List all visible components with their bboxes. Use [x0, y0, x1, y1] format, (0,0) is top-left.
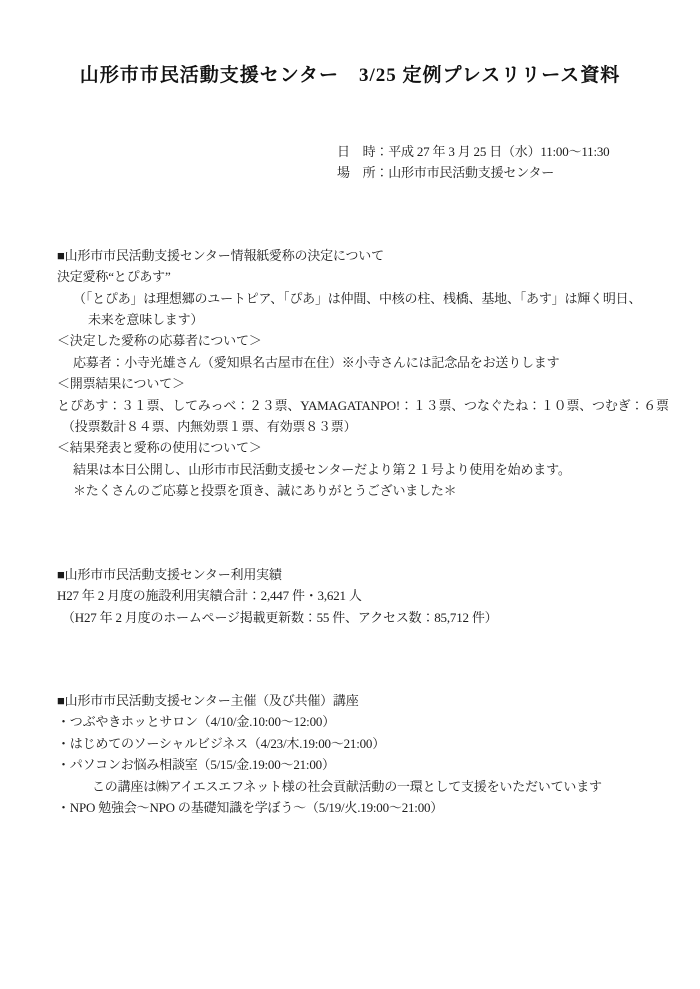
section-nickname-decision: ■山形市市民活動支援センター情報紙愛称の決定について 決定愛称“とぴあす” （「… — [0, 245, 700, 502]
section-usage-stats: ■山形市市民活動支援センター利用実績 H27 年 2 月度の施設利用実績合計：2… — [0, 564, 700, 628]
body-line: 結果は本日公開し、山形市市民活動支援センターだより第２１号より使用を始めます。 — [73, 459, 700, 480]
section-heading: ■山形市市民活動支援センター利用実績 — [57, 564, 700, 585]
body-line: この講座は㈱アイエスエフネット様の社会貢献活動の一環として支援をいただいています — [92, 776, 700, 797]
body-line: ＜開票結果について＞ — [57, 373, 700, 394]
meta-datetime: 日 時：平成 27 年 3 月 25 日（水）11:00～11:30 — [337, 141, 700, 162]
meta-location: 場 所：山形市市民活動支援センター — [337, 162, 700, 183]
body-line: （投票数計８４票、内無効票１票、有効票８３票） — [62, 416, 700, 437]
body-line: ・NPO 勉強会～NPO の基礎知識を学ぼう～（5/19/火.19:00～21:… — [57, 797, 700, 818]
body-line: H27 年 2 月度の施設利用実績合計：2,447 件・3,621 人 — [57, 585, 700, 606]
section-lectures: ■山形市市民活動支援センター主催（及び共催）講座 ・つぶやきホッとサロン（4/1… — [0, 690, 700, 818]
body-line: ・はじめてのソーシャルビジネス（4/23/木.19:00～21:00） — [57, 733, 700, 754]
body-line: 応募者：小寺光雄さん（愛知県名古屋市在住）※小寺さんには記念品をお送りします — [73, 352, 700, 373]
body-line: （「とぴあ」は理想郷のユートピア、「ぴあ」は仲間、中核の柱、桟橋、基地、「あす」… — [73, 288, 700, 309]
body-line: ・つぶやきホッとサロン（4/10/金.10:00～12:00） — [57, 711, 700, 732]
section-heading: ■山形市市民活動支援センター情報紙愛称の決定について — [57, 245, 700, 266]
body-line: 未来を意味します） — [88, 309, 700, 330]
body-line: ・パソコンお悩み相談室（5/15/金.19:00～21:00） — [57, 754, 700, 775]
body-line: ＜結果発表と愛称の使用について＞ — [57, 437, 700, 458]
section-heading: ■山形市市民活動支援センター主催（及び共催）講座 — [57, 690, 700, 711]
body-line: 決定愛称“とぴあす” — [57, 266, 700, 287]
press-release-page: 山形市市民活動支援センター 3/25 定例プレスリリース資料 日 時：平成 27… — [0, 0, 700, 989]
page-title: 山形市市民活動支援センター 3/25 定例プレスリリース資料 — [0, 0, 700, 90]
body-line: ＜決定した愛称の応募者について＞ — [57, 330, 700, 351]
meta-block: 日 時：平成 27 年 3 月 25 日（水）11:00～11:30 場 所：山… — [337, 141, 700, 184]
body-line: ＊たくさんのご応募と投票を頂き、誠にありがとうございました＊ — [73, 480, 700, 501]
body-line: （H27 年 2 月度のホームページ掲載更新数：55 件、アクセス数：85,71… — [62, 607, 700, 628]
body-line: とぴあす：３１票、してみっべ：２３票、YAMAGATANPO!：１３票、つなぐた… — [57, 395, 700, 416]
